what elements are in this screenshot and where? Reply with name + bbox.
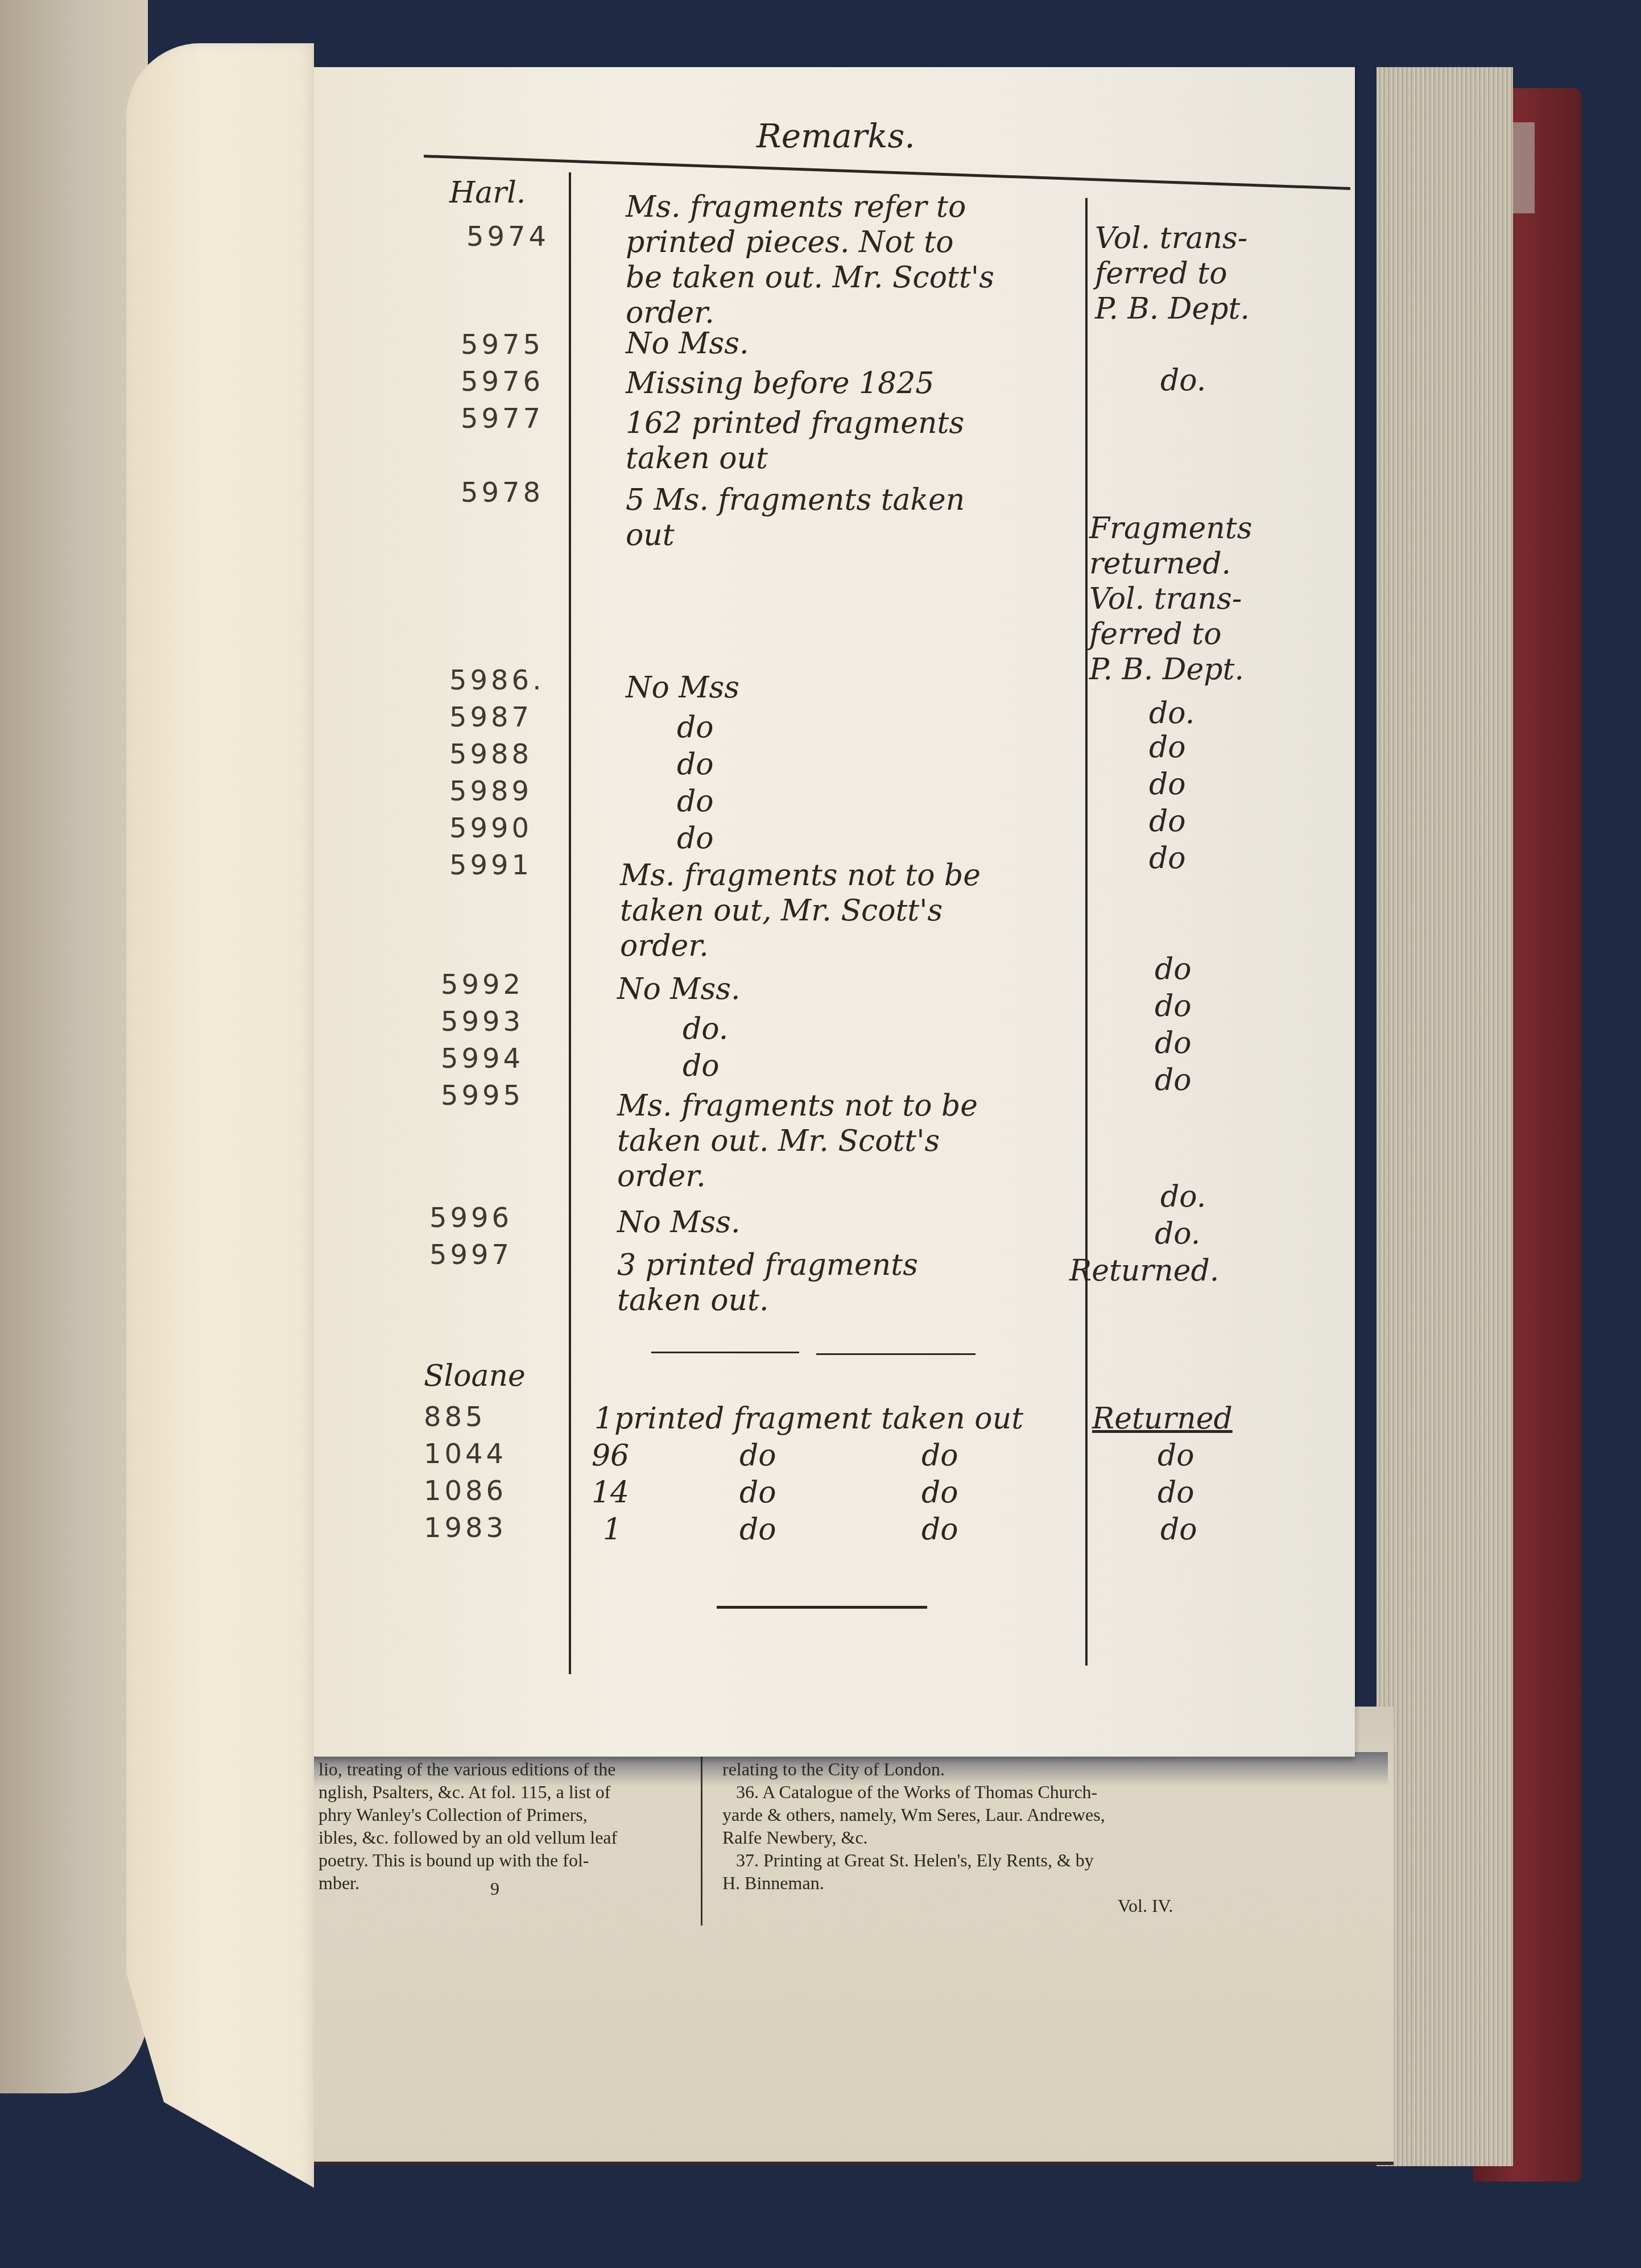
printed-line: phry Wanley's Collection of Primers,: [319, 1803, 694, 1826]
note-text: Returned: [1092, 1401, 1233, 1436]
remark-line: 5 Ms. fragments taken: [626, 482, 1081, 518]
printed-line: 37. Printing at Great St. Helen's, Ely R…: [722, 1849, 1194, 1872]
ms-number: 5978: [461, 477, 544, 509]
ms-number: 1086: [424, 1475, 507, 1507]
ms-number: 5995: [441, 1080, 524, 1112]
remark-line: order.: [617, 1159, 1072, 1194]
remark-text: Missing before 1825: [626, 366, 934, 401]
note-text: do.: [1160, 363, 1206, 398]
note-text: Fragments returned. Vol. trans- ferred t…: [1089, 511, 1317, 687]
remark-text: do: [677, 747, 714, 782]
remark-line: out: [626, 518, 1081, 553]
note-line: Vol. trans-: [1089, 581, 1317, 617]
remark-line: taken out, Mr. Scott's: [620, 893, 1075, 928]
remark-line: taken out. Mr. Scott's: [617, 1123, 1072, 1159]
note-text: do.: [1155, 1216, 1200, 1251]
end-rule: [717, 1606, 927, 1609]
ms-number: 5989: [449, 775, 532, 807]
remark-text: printed fragment taken out: [614, 1401, 1023, 1436]
curled-page: [126, 43, 314, 2188]
remark-line: taken out.: [617, 1283, 1072, 1318]
remark-line: order.: [620, 928, 1075, 964]
volume-signature: Vol. IV.: [1118, 1894, 1173, 1917]
note-line: Vol. trans-: [1095, 221, 1322, 256]
ms-number: 885: [424, 1401, 486, 1433]
printed-line: Ralfe Newbery, &c.: [722, 1826, 1194, 1849]
ms-number: 5993: [441, 1006, 524, 1038]
note-line: returned.: [1089, 546, 1317, 581]
remark-line: order.: [626, 295, 1081, 331]
remark-text: do: [739, 1512, 776, 1547]
note-line: P. B. Dept.: [1095, 291, 1322, 327]
note-text: do: [1149, 841, 1186, 876]
remark-text: do.: [683, 1011, 728, 1047]
note-text: do: [1155, 1063, 1192, 1098]
note-text: Vol. trans- ferred to P. B. Dept.: [1095, 221, 1322, 327]
sheet-shadow: [307, 1752, 1388, 1786]
remark-line: Ms. fragments refer to: [626, 189, 1081, 225]
previous-page: [0, 0, 148, 2093]
remark-text: 162 printed fragments taken out: [626, 406, 1081, 476]
remark-line: Ms. fragments not to be: [620, 858, 1075, 893]
remark-line: Ms. fragments not to be: [617, 1088, 1072, 1123]
section-separator: [651, 1352, 799, 1353]
remark-text: 3 printed fragments taken out.: [617, 1247, 1072, 1318]
remark-line: be taken out. Mr. Scott's: [626, 260, 1081, 295]
printed-line: mber.: [319, 1872, 694, 1894]
note-text: do: [1149, 804, 1186, 839]
remark-text: No Mss.: [626, 326, 749, 361]
remark-text: No Mss: [626, 670, 739, 705]
column-rule-1: [569, 172, 571, 1674]
note-line: P. B. Dept.: [1089, 652, 1317, 687]
remark-line: 3 printed fragments: [617, 1247, 1072, 1283]
printed-line: poetry. This is bound up with the fol-: [319, 1849, 694, 1872]
page-edge-stack: [1377, 67, 1513, 2166]
ms-number: 5992: [441, 969, 524, 1001]
ms-number: 5974: [466, 221, 549, 253]
ms-number: 5994: [441, 1043, 524, 1075]
ms-number: 5996: [429, 1202, 512, 1234]
printed-line: yarde & others, namely, Wm Seres, Laur. …: [722, 1803, 1194, 1826]
remark-text: do: [739, 1438, 776, 1473]
inserted-remarks-sheet: Remarks. Harl. 5974 Ms. fragments refer …: [307, 67, 1355, 1757]
remark-text: do: [921, 1438, 958, 1473]
harleian-label: Harl.: [449, 175, 526, 210]
page-number: 9: [490, 1877, 499, 1900]
remark-text: No Mss.: [617, 972, 740, 1007]
note-line: ferred to: [1095, 256, 1322, 291]
note-text: Returned.: [1069, 1253, 1219, 1288]
note-text: do.: [1149, 696, 1194, 731]
note-text: do: [1149, 730, 1186, 765]
ms-number: 5987: [449, 701, 532, 733]
remark-text: do: [677, 784, 714, 819]
fragment-count: 1: [603, 1512, 622, 1547]
note-text: do.: [1160, 1179, 1206, 1214]
fragment-count: 96: [592, 1438, 629, 1473]
ms-number: 5975: [461, 329, 544, 361]
ms-number: 5990: [449, 812, 532, 844]
sheet-title: Remarks.: [757, 118, 915, 154]
remark-text: No Mss.: [617, 1205, 740, 1240]
remark-text: do: [683, 1048, 720, 1084]
note-text: do: [1155, 1026, 1192, 1061]
note-text: do: [1155, 952, 1192, 987]
remark-line: printed pieces. Not to: [626, 225, 1081, 260]
note-text: do: [1158, 1438, 1194, 1473]
fragment-count: 14: [592, 1475, 629, 1510]
remark-text: Ms. fragments not to be taken out. Mr. S…: [617, 1088, 1072, 1194]
remark-text: do: [677, 710, 714, 745]
ms-number: 5997: [429, 1239, 512, 1271]
remark-text: do: [921, 1475, 958, 1510]
note-line: Fragments: [1089, 511, 1317, 546]
note-text: do: [1149, 767, 1186, 802]
sloane-label: Sloane: [424, 1358, 526, 1394]
ms-number: 5977: [461, 403, 544, 435]
remark-text: do: [739, 1475, 776, 1510]
remark-text: do: [677, 821, 714, 856]
ms-number: 1044: [424, 1438, 507, 1470]
remark-line: taken out: [626, 441, 1081, 476]
note-line: ferred to: [1089, 617, 1317, 652]
remark-text: 5 Ms. fragments taken out: [626, 482, 1081, 553]
ms-number: 5986.: [449, 664, 544, 696]
remark-line: 162 printed fragments: [626, 406, 1081, 441]
ms-number: 1983: [424, 1512, 507, 1544]
remark-text: Ms. fragments refer to printed pieces. N…: [626, 189, 1081, 331]
note-text: do: [1160, 1512, 1197, 1547]
section-separator: [816, 1353, 975, 1355]
fragment-count: 1: [594, 1401, 613, 1436]
ms-number: 5991: [449, 849, 532, 881]
ms-number: 5988: [449, 738, 532, 770]
printed-line: H. Binneman.: [722, 1872, 1194, 1894]
remark-text: do: [921, 1512, 958, 1547]
note-text: do: [1158, 1475, 1194, 1510]
printed-line: ibles, &c. followed by an old vellum lea…: [319, 1826, 694, 1849]
header-rule: [424, 155, 1350, 190]
remark-text: Ms. fragments not to be taken out, Mr. S…: [620, 858, 1075, 964]
note-text: do: [1155, 989, 1192, 1024]
spine-label-remnant: [1513, 122, 1535, 213]
column-rule-2: [1085, 198, 1088, 1666]
ms-number: 5976: [461, 366, 544, 398]
